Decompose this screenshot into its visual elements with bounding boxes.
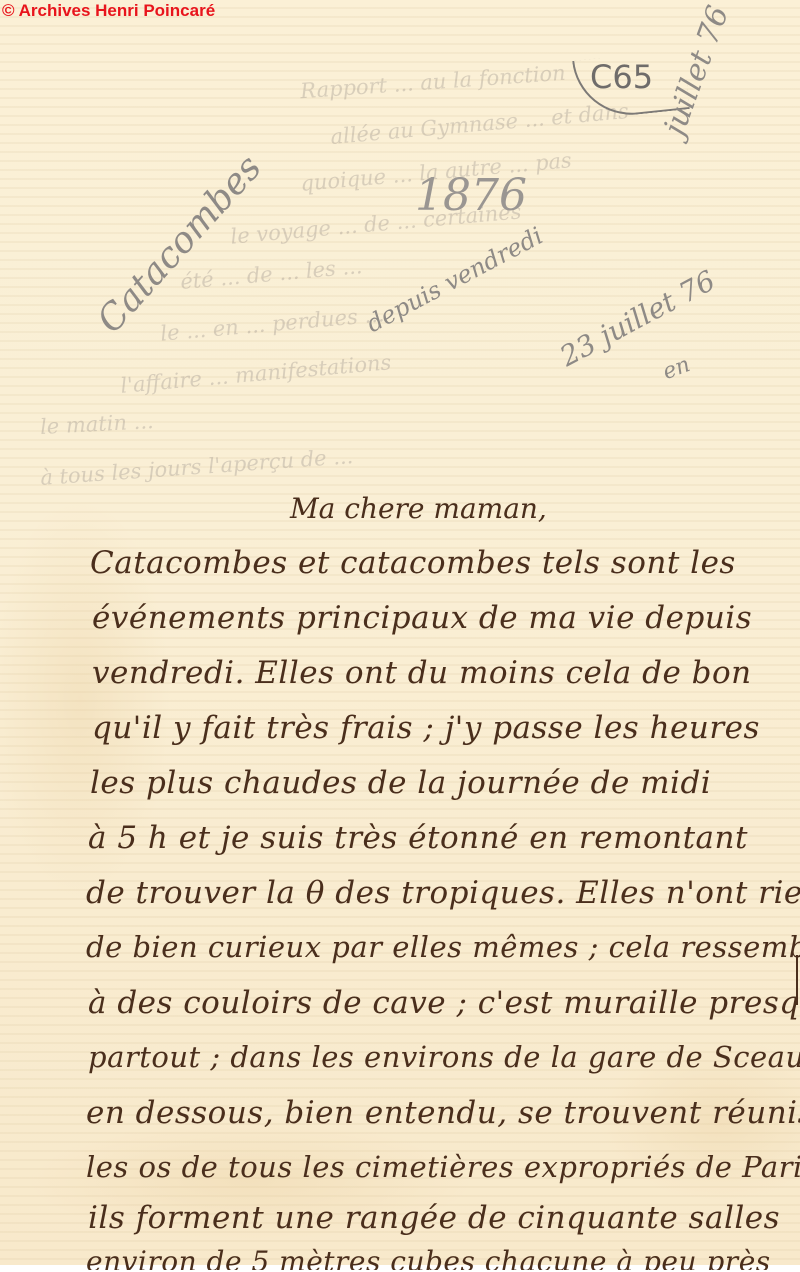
letter-line: en dessous, bien entendu, se trouvent ré… [86, 1095, 800, 1131]
letter-line: qu'il y fait très frais ; j'y passe les … [92, 710, 760, 746]
letter-page: Rapport ... au la fonction allée au Gymn… [0, 0, 800, 1265]
letter-line: ils forment une rangée de cinquante sall… [88, 1200, 780, 1236]
bleed-through-text: l'affaire ... manifestations [119, 350, 392, 398]
letter-line: vendredi. Elles ont du moins cela de bon [92, 655, 752, 691]
letter-line: à des couloirs de cave ; c'est muraille … [88, 985, 800, 1021]
bleed-through-text: le matin ... [39, 409, 154, 439]
letter-line: environ de 5 mètres cubes chacune à peu … [86, 1245, 771, 1272]
letter-line: à 5 h et je suis très étonné en remontan… [88, 820, 748, 856]
letter-line: les os de tous les cimetières expropriés… [86, 1150, 800, 1184]
pencil-date-bottom: 23 juillet 76 [555, 264, 721, 373]
letter-salutation: Ma chere maman, [290, 492, 547, 525]
bleed-through-text: le ... en ... perdues ... [159, 302, 385, 345]
letter-line: de trouver la θ des tropiques. Elles n'o… [86, 875, 800, 911]
bleed-through-text: Rapport ... au la fonction [299, 61, 566, 103]
pencil-en: en [659, 352, 693, 385]
letter-line: de bien curieux par elles mêmes ; cela r… [86, 930, 800, 964]
letter-line: Catacombes et catacombes tels sont les [90, 545, 736, 581]
pencil-depuis: depuis vendredi [362, 222, 548, 338]
bleed-through-text: allée au Gymnase ... et dans [330, 99, 630, 149]
archive-code: C65 [590, 58, 653, 96]
letter-line: partout ; dans les environs de la gare d… [88, 1040, 800, 1074]
ink-stroke [796, 955, 798, 1005]
letter-line: les plus chaudes de la journée de midi [90, 765, 711, 801]
bleed-through-text: à tous les jours l'aperçu de ... [40, 444, 354, 490]
pencil-year: 1876 [415, 170, 527, 221]
bleed-through-text: été ... de ... les ... [179, 254, 363, 294]
letter-line: événements principaux de ma vie depuis [92, 600, 752, 636]
copyright-notice: © Archives Henri Poincaré [2, 1, 215, 21]
